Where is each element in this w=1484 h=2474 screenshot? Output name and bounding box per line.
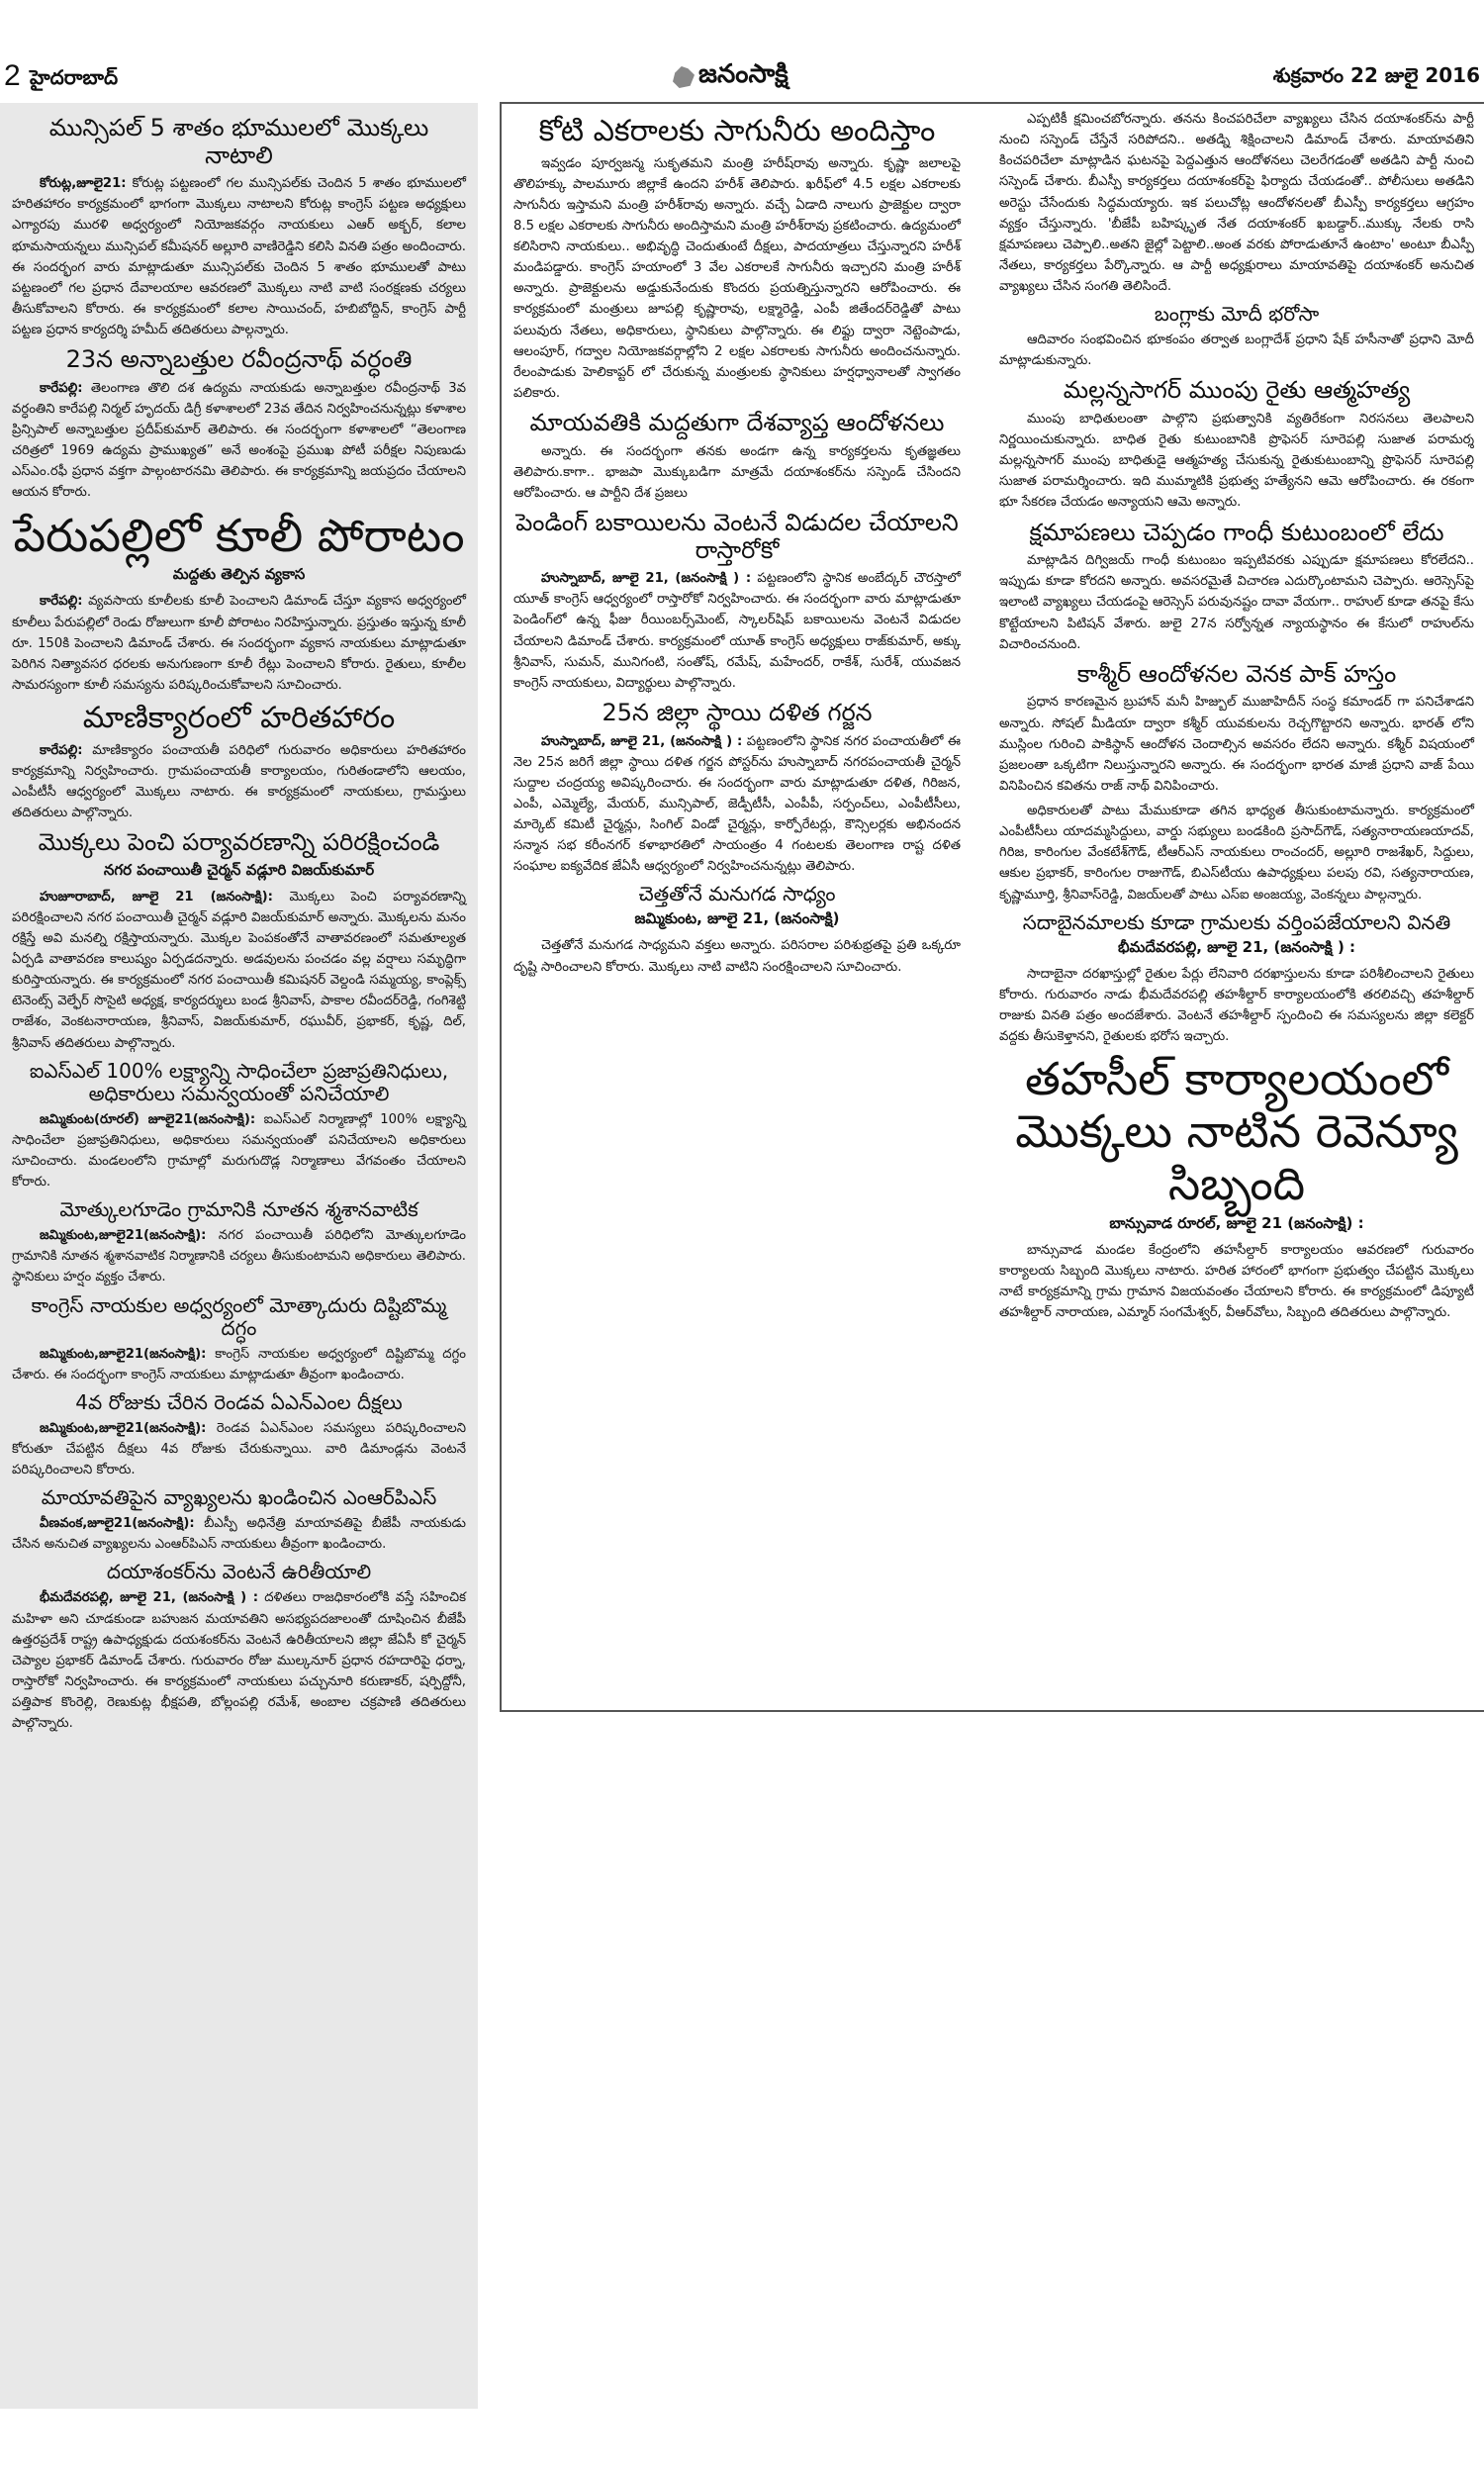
news-article: 4వ రోజుకు చేరిన రెండవ ఏఎన్ఎంల దీక్షలుజమ్… [12, 1391, 466, 1480]
article-body: సాదాబైనా దరఖాస్తుల్లో రైతుల పేర్లు లేనివ… [999, 964, 1474, 1048]
article-text: కోరుట్ల పట్టణంలో గల మున్సిపల్‌కు చెందిన … [12, 176, 466, 337]
issue-date: శుక్రవారం 22 జులై 2016 [1273, 63, 1480, 92]
news-article: సదాబైనమాలకు కూడా గ్రామలకు వర్తింపజేయాలని… [999, 911, 1474, 1048]
article-body: హుజూరాబాద్, జూలై 21 (జనంసాక్షి): మొక్కలు… [12, 887, 466, 1054]
article-dateline: భీమదేవరపల్లి, జూలై 21, (జనంసాక్షి ) : [40, 1590, 258, 1605]
article-dateline: జమ్మికుంట,జూలై21(జనంసాక్షి): [40, 1347, 206, 1362]
news-article: మొక్కలు పెంచి పర్యావరణాన్ని పరిరక్షించండ… [12, 829, 466, 1054]
article-headline: తహసీల్ కార్యాలయంలో మొక్కలు నాటిన రెవెన్య… [999, 1053, 1474, 1210]
news-article: 25న జిల్లా స్థాయి దళిత గర్జనహుస్నాబాద్, … [513, 700, 961, 877]
article-headline: 25న జిల్లా స్థాయి దళిత గర్జన [513, 700, 961, 727]
article-headline: కోటి ఎకరాలకు సాగునీరు అందిస్తాం [513, 115, 961, 149]
article-headline: పెండింగ్ బకాయిలను వెంటనే విడుదల చేయాలని … [513, 510, 961, 564]
article-body: జమ్మికుంట,జూలై21(జనంసాక్షి): రెండవ ఏఎన్ఎ… [12, 1418, 466, 1480]
article-body: ముంపు బాధితులంతా పాల్గొని ప్రభుత్వానికి … [999, 409, 1474, 514]
article-headline: మొక్కలు పెంచి పర్యావరణాన్ని పరిరక్షించండ… [12, 829, 466, 857]
article-text: పట్టణంలోని స్థానిక అంబేద్కర్ చౌరస్తాలో య… [513, 571, 961, 691]
article-subhead: జమ్మికుంట, జూలై 21, (జనంసాక్షి) [513, 909, 961, 931]
article-headline: మాయావతిపైన వ్యాఖ్యలను ఖండించిన ఎంఆర్‌పిఎ… [12, 1486, 466, 1509]
article-body: జమ్మికుంట,జూలై21(జనంసాక్షి): కాంగ్రెస్ న… [12, 1344, 466, 1385]
article-body: బాన్సువాడ మండల కేంద్రంలోని తహసీల్దార్ కా… [999, 1240, 1474, 1324]
news-article: కాశ్మీర్ ఆందోళనల వెనక పాక్ హస్తంప్రధాన క… [999, 661, 1474, 797]
logo-text: జనంసాక్షి [698, 59, 788, 95]
news-article: కోటి ఎకరాలకు సాగునీరు అందిస్తాంఇవ్వడం పూ… [513, 115, 961, 404]
article-body: అధికారులతో పాటు మేముకూడా తగిన భాధ్యత తీస… [999, 801, 1474, 905]
news-article: మాణిక్యారంలో హరితహారంకారేపల్లి: మాణిక్యా… [12, 702, 466, 823]
article-text: తెలంగాణ తొలి దశ ఉద్యమ నాయకుడు అన్నాబత్తు… [12, 381, 466, 501]
article-headline: మాణిక్యారంలో హరితహారం [12, 702, 466, 736]
news-article: పెండింగ్ బకాయిలను వెంటనే విడుదల చేయాలని … [513, 510, 961, 694]
news-article: బంగ్లాకు మోదీ భరోసాఆదివారం సంభవించిన భూక… [999, 303, 1474, 371]
article-body: కారేపల్లి: మాణిక్యారం పంచాయతీ పరిధిలో గు… [12, 740, 466, 824]
news-article: కాంగ్రెస్ నాయకుల అధ్వర్యంలో మోత్కాదురు ద… [12, 1294, 466, 1385]
article-dateline: హుస్నాబాద్, జూలై 21, (జనంసాక్షి ) : [541, 571, 751, 586]
article-headline: మల్లన్నసాగర్ ముంపు రైతు ఆత్మహత్య [999, 377, 1474, 405]
article-subhead: బాన్సువాడ రూరల్, జూలై 21 (జనంసాక్షి) : [999, 1214, 1474, 1236]
article-text: పట్టణంలోని స్థానిక నగర పంచాయతీలో ఈ నెల 2… [513, 734, 961, 875]
article-headline: మాయవతికి మద్దతుగా దేశవ్యాప్త ఆందోళనలు [513, 410, 961, 437]
article-body: వీణవంక,జూలై21(జనంసాక్షి): బీఎస్పీ అధినేత… [12, 1513, 466, 1555]
news-article: ఐఎస్ఎల్ 100% లక్ష్యాన్ని సాధించేలా ప్రజా… [12, 1060, 466, 1193]
article-body: మాట్లాడిన దిగ్విజయ్ గాంధీ కుటుంబం ఇప్పటి… [999, 550, 1474, 655]
article-headline: బంగ్లాకు మోదీ భరోసా [999, 303, 1474, 326]
news-article: మల్లన్నసాగర్ ముంపు రైతు ఆత్మహత్యముంపు బా… [999, 377, 1474, 513]
article-subhead: భీమదేవరపల్లి, జూలై 21, (జనంసాక్షి ) : [999, 938, 1474, 960]
article-text: మాట్లాడిన దిగ్విజయ్ గాంధీ కుటుంబం ఇప్పటి… [999, 553, 1474, 652]
article-body: కోరుట్ల,జూలై21: కోరుట్ల పట్టణంలో గల మున్… [12, 173, 466, 340]
article-body: భీమదేవరపల్లి, జూలై 21, (జనంసాక్షి ) : దళ… [12, 1587, 466, 1734]
article-headline: క్షమాపణలు చెప్పడం గాంధీ కుటుంబంలో లేదు [999, 520, 1474, 547]
article-text: ఎప్పటికీ క్షమించబోరన్నారు. తనను కించపరిచ… [999, 112, 1474, 294]
article-dateline: జమ్మికుంట,జూలై21(జనంసాక్షి): [40, 1228, 206, 1243]
left-column: మున్సిపల్ 5 శాతం భూములలో మొక్కలు నాటాలిక… [0, 103, 478, 2409]
article-body: కారేపల్లి: తెలంగాణ తొలి దశ ఉద్యమ నాయకుడు… [12, 378, 466, 504]
news-article: 23న అన్నాబత్తుల రవీంద్రనాథ్ వర్ధంతికారేప… [12, 346, 466, 503]
news-article: మోత్కులగూడెం గ్రామానికి నూతన శ్మశానవాటిక… [12, 1198, 466, 1287]
article-text: అధికారులతో పాటు మేముకూడా తగిన భాధ్యత తీస… [999, 804, 1474, 903]
article-headline: సదాబైనమాలకు కూడా గ్రామలకు వర్తింపజేయాలని… [999, 911, 1474, 934]
article-dateline: వీణవంక,జూలై21(జనంసాక్షి): [40, 1516, 195, 1531]
article-text: మొక్కలు పెంచి పర్యావరణాన్ని పరిరక్షించాల… [12, 890, 466, 1051]
article-body: ఎప్పటికీ క్షమించబోరన్నారు. తనను కించపరిచ… [999, 109, 1474, 297]
article-headline: కాశ్మీర్ ఆందోళనల వెనక పాక్ హస్తం [999, 661, 1474, 689]
article-headline: ఐఎస్ఎల్ 100% లక్ష్యాన్ని సాధించేలా ప్రజా… [12, 1060, 466, 1105]
article-text: ప్రధాన కారణమైన బ్రుహాన్ మనీ హిజ్బుల్ ముజ… [999, 695, 1474, 794]
article-headline: మున్సిపల్ 5 శాతం భూములలో మొక్కలు నాటాలి [12, 115, 466, 169]
article-headline: మోత్కులగూడెం గ్రామానికి నూతన శ్మశానవాటిక [12, 1198, 466, 1221]
article-text: దళితలు రాజధికారంలోకి వస్తే సహించిక మహిళా… [12, 1590, 466, 1731]
article-subhead: నగర పంచాయితీ చైర్మన్ వడ్లూరి విజయ్‌కుమార… [12, 861, 466, 883]
telangana-map-icon [673, 66, 695, 88]
article-headline: కాంగ్రెస్ నాయకుల అధ్వర్యంలో మోత్కాదురు ద… [12, 1294, 466, 1340]
article-dateline: జమ్మికుంట(రూరల్) జూలై21(జనంసాక్షి): [40, 1112, 255, 1127]
article-dateline: కారేపల్లి: [40, 594, 83, 609]
article-text: ముంపు బాధితులంతా పాల్గొని ప్రభుత్వానికి … [999, 412, 1474, 511]
article-dateline: కారేపల్లి: [40, 381, 83, 396]
news-article: దయాశంకర్‌ను వెంటనే ఉరితీయాలిభీమదేవరపల్లి… [12, 1561, 466, 1734]
article-headline: దయాశంకర్‌ను వెంటనే ఉరితీయాలి [12, 1561, 466, 1583]
news-article: క్షమాపణలు చెప్పడం గాంధీ కుటుంబంలో లేదుమా… [999, 520, 1474, 655]
news-article: చెత్తతోనే మనుగడ సాధ్యంజమ్మికుంట, జూలై 21… [513, 883, 961, 977]
article-text: చెత్తతోనే మనుగడ సాధ్యమని వక్తలు అన్నారు.… [513, 938, 961, 974]
news-article: తహసీల్ కార్యాలయంలో మొక్కలు నాటిన రెవెన్య… [999, 1053, 1474, 1323]
news-article: మాయవతికి మద్దతుగా దేశవ్యాప్త ఆందోళనలుఅన్… [513, 410, 961, 504]
article-text: అన్నారు. ఈ సందర్భంగా తనకు అండగా ఉన్న కార… [513, 444, 961, 501]
article-body: కారేపల్లి: వ్యవసాయ కూలీలకు కూలీ పెంచాలని… [12, 591, 466, 696]
article-dateline: జమ్మికుంట,జూలై21(జనంసాక్షి): [40, 1421, 206, 1436]
right-column: ఎప్పటికీ క్షమించబోరన్నారు. తనను కించపరిచ… [989, 103, 1484, 1333]
article-dateline: హుస్నాబాద్, జూలై 21, (జనంసాక్షి ) : [541, 734, 742, 749]
middle-column: కోటి ఎకరాలకు సాగునీరు అందిస్తాంఇవ్వడం పూ… [500, 103, 974, 988]
article-headline: 23న అన్నాబత్తుల రవీంద్రనాథ్ వర్ధంతి [12, 346, 466, 374]
article-text: బాన్సువాడ మండల కేంద్రంలోని తహసీల్దార్ కా… [999, 1243, 1474, 1320]
article-body: ఆదివారం సంభవించిన భూకంపం తర్వాత బంగ్లాదే… [999, 330, 1474, 371]
article-dateline: కారేపల్లి: [40, 743, 83, 758]
news-article: మున్సిపల్ 5 శాతం భూములలో మొక్కలు నాటాలిక… [12, 115, 466, 340]
news-article: ఎప్పటికీ క్షమించబోరన్నారు. తనను కించపరిచ… [999, 109, 1474, 297]
page-number: 2 [4, 59, 21, 93]
article-body: జమ్మికుంట,జూలై21(జనంసాక్షి): నగర పంచాయిత… [12, 1225, 466, 1287]
article-text: ఆదివారం సంభవించిన భూకంపం తర్వాత బంగ్లాదే… [999, 333, 1474, 368]
news-article: పేరుపల్లిలో కూలీ పోరాటంమద్దతు తెల్పిన వ్… [12, 510, 466, 697]
news-article: అధికారులతో పాటు మేముకూడా తగిన భాధ్యత తీస… [999, 801, 1474, 905]
article-body: హుస్నాబాద్, జూలై 21, (జనంసాక్షి ) : పట్ట… [513, 731, 961, 878]
section-name: హైదరాబాద్ [30, 65, 118, 94]
article-body: అన్నారు. ఈ సందర్భంగా తనకు అండగా ఉన్న కార… [513, 441, 961, 504]
article-subhead: మద్దతు తెల్పిన వ్యకాస [12, 565, 466, 587]
article-text: సాదాబైనా దరఖాస్తుల్లో రైతుల పేర్లు లేనివ… [999, 967, 1474, 1044]
news-article: మాయావతిపైన వ్యాఖ్యలను ఖండించిన ఎంఆర్‌పిఎ… [12, 1486, 466, 1555]
article-headline: పేరుపల్లిలో కూలీ పోరాటం [12, 510, 466, 562]
newspaper-logo: జనంసాక్షి [673, 59, 788, 95]
article-body: ప్రధాన కారణమైన బ్రుహాన్ మనీ హిజ్బుల్ ముజ… [999, 692, 1474, 797]
article-body: ఇవ్వడం పూర్వజన్మ సుకృతమని మంత్రి హరీష్‌ర… [513, 153, 961, 405]
article-headline: 4వ రోజుకు చేరిన రెండవ ఏఎన్ఎంల దీక్షలు [12, 1391, 466, 1414]
article-body: చెత్తతోనే మనుగడ సాధ్యమని వక్తలు అన్నారు.… [513, 935, 961, 977]
article-dateline: కోరుట్ల,జూలై21: [40, 176, 127, 191]
article-body: హుస్నాబాద్, జూలై 21, (జనంసాక్షి ) : పట్ట… [513, 568, 961, 694]
article-text: ఇవ్వడం పూర్వజన్మ సుకృతమని మంత్రి హరీష్‌ర… [513, 156, 961, 401]
masthead: 2 హైదరాబాద్ జనంసాక్షి శుక్రవారం 22 జులై … [0, 59, 1484, 99]
article-headline: చెత్తతోనే మనుగడ సాధ్యం [513, 883, 961, 905]
article-dateline: హుజూరాబాద్, జూలై 21 (జనంసాక్షి): [40, 890, 273, 904]
article-body: జమ్మికుంట(రూరల్) జూలై21(జనంసాక్షి): ఐఎస్… [12, 1109, 466, 1193]
